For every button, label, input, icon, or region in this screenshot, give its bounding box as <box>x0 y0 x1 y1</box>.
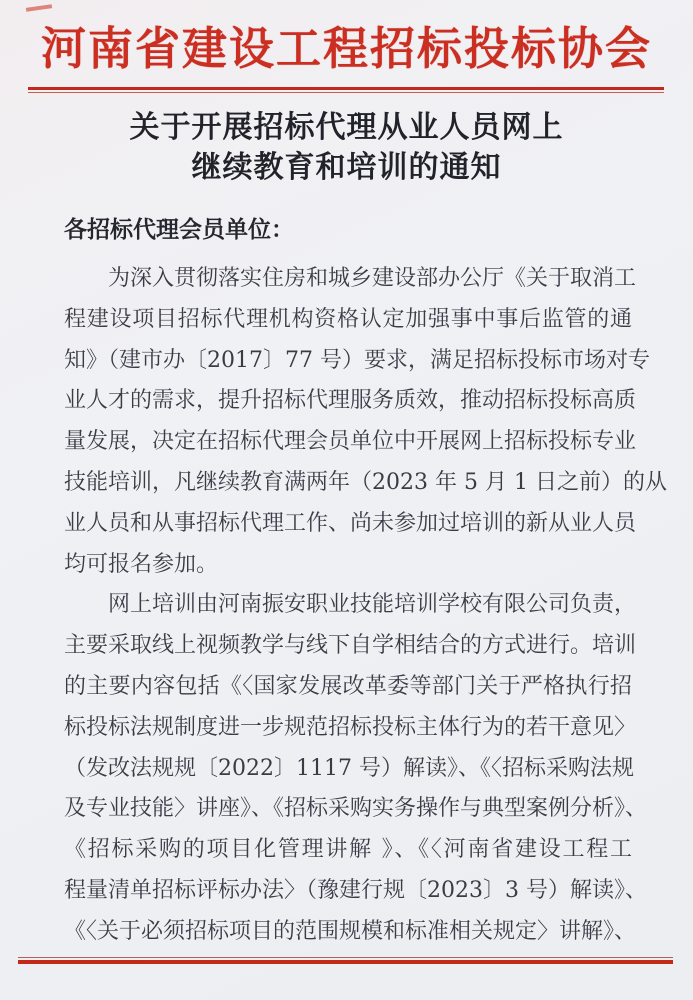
text-line: 的主要内容包括《〈国家发展改革委等部门关于严格执行招 <box>64 667 632 708</box>
text-line: 技能培训，凡继续教育满两年（2023 年 5 月 1 日之前）的从 <box>64 463 632 504</box>
text-line: 知》（建市办〔2017〕77 号）要求，满足招标投标市场对专 <box>64 341 632 382</box>
text-line: 及专业技能〉讲座》、《招标采购实务操作与典型案例分析》、 <box>64 789 632 830</box>
doc-title-line1: 关于开展招标代理从业人员网上 <box>0 108 693 148</box>
text-line: 量发展，决定在招标代理会员单位中开展网上招标投标专业 <box>64 422 632 463</box>
text-line: 均可报名参加。 <box>64 545 632 586</box>
header-divider-thin-line <box>28 92 664 93</box>
text-line: 标投标法规制度进一步规范招标投标主体行为的若干意见〉 <box>64 708 632 749</box>
doc-title: 关于开展招标代理从业人员网上 继续教育和培训的通知 <box>0 108 693 188</box>
footer-divider-thin-line <box>18 957 673 958</box>
text-line: 《招标采购的项目化管理讲解 》、《〈河南省建设工程工 <box>64 830 632 871</box>
document-body: 各招标代理会员单位： 为深入贯彻落实住房和城乡建设部办公厅《关于取消工 程建设项… <box>0 209 693 953</box>
org-name: 河南省建设工程招标投标协会 <box>0 20 693 78</box>
text-line: （发改法规规〔2022〕1117 号）解读》、《〈招标采购法规 <box>64 749 632 790</box>
footer-divider <box>18 957 673 964</box>
scan-artifact <box>26 4 52 12</box>
footer-divider-thick-line <box>18 960 673 964</box>
text-line: 业人员和从事招标代理工作、尚未参加过培训的新从业人员 <box>64 504 632 545</box>
text-line: 网上培训由河南振安职业技能培训学校有限公司负责， <box>64 585 632 626</box>
document-page: 河南省建设工程招标投标协会 关于开展招标代理从业人员网上 继续教育和培训的通知 … <box>0 0 693 1000</box>
text-line: 程建设项目招标代理机构资格认定加强事中事后监管的通 <box>64 300 632 341</box>
text-line: 程量清单招标评标办法〉（豫建行规〔2023〕3 号）解读》、 <box>64 871 632 912</box>
text-line: 业人才的需求，提升招标代理服务质效，推动招标投标高质 <box>64 381 632 422</box>
header-divider <box>28 87 664 93</box>
text-line: 为深入贯彻落实住房和城乡建设部办公厅《关于取消工 <box>64 259 632 300</box>
text-line: 主要采取线上视频教学与线下自学相结合的方式进行。培训 <box>64 626 632 667</box>
text-line: 《〈关于必须招标项目的范围规模和标准相关规定〉讲解》、 <box>64 912 632 953</box>
doc-title-line2: 继续教育和培训的通知 <box>0 148 693 188</box>
salutation: 各招标代理会员单位： <box>64 209 632 250</box>
